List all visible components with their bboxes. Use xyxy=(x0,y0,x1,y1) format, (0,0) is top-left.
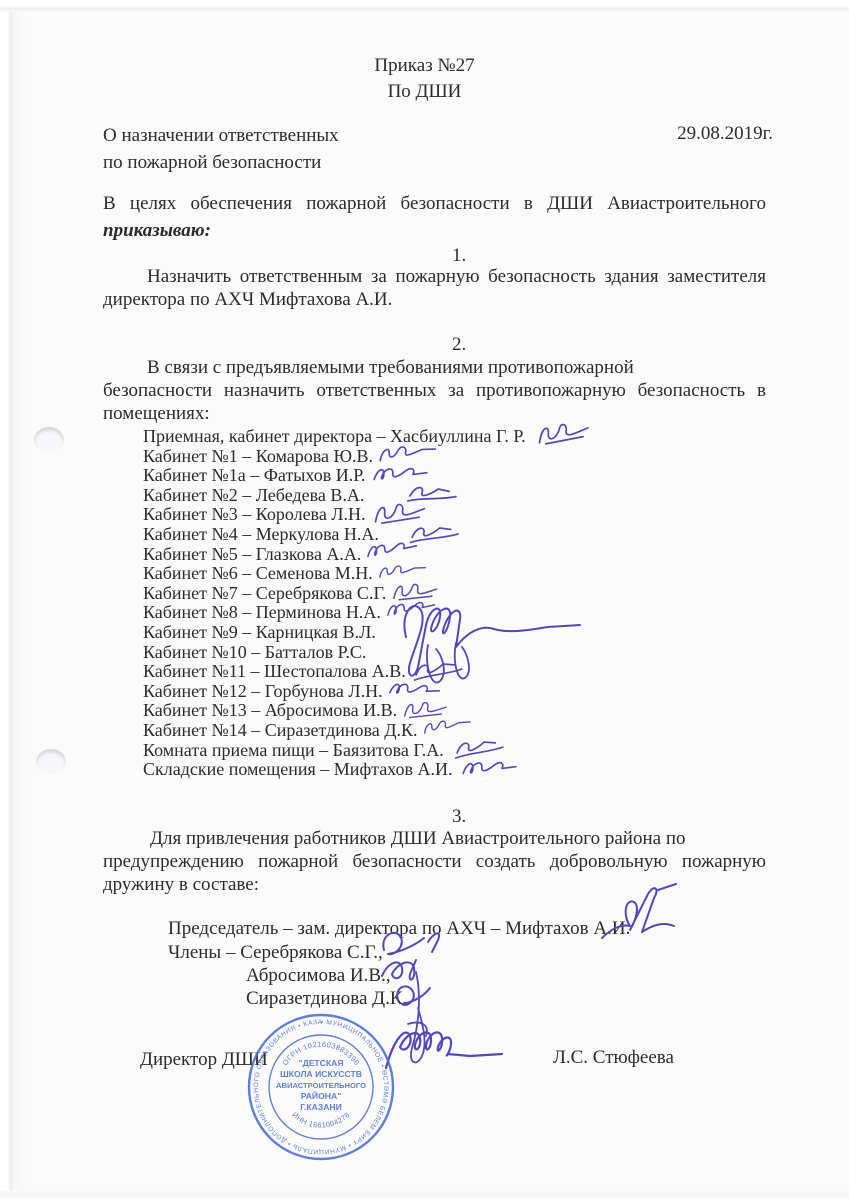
paper-edge-left xyxy=(0,0,30,1200)
assignment-text: Складские помещения – Мифтахов А.И. xyxy=(143,760,453,780)
stamp-center-line4: РАЙОНА" xyxy=(301,1090,342,1101)
assignment-text: Комната приема пищи – Баязитова Г.А. xyxy=(143,741,444,761)
chairman-signature-icon xyxy=(598,880,708,955)
assignment-text: Кабинет №8 – Перминова Н.А. xyxy=(143,603,381,623)
assignment-text: Кабинет №11 – Шестопалова А.В. xyxy=(143,662,406,682)
section1-line1: Назначить ответственным за пожарную безо… xyxy=(103,265,766,288)
section2-line2: безопасности назначить ответственных за … xyxy=(103,379,766,402)
signature-scribble-icon xyxy=(457,756,524,779)
doc-title-line2: По ДШИ xyxy=(0,80,849,103)
assignment-text: Кабинет №2 – Лебедева В.А. xyxy=(143,486,364,506)
decree-word: приказываю: xyxy=(103,219,211,242)
assignment-text: Кабинет №6 – Семенова М.Н. xyxy=(143,564,373,584)
section2-line3: помещениях: xyxy=(103,402,210,425)
section2-line1: В связи с предъявляемыми требованиями пр… xyxy=(103,356,634,379)
paper-edge-top xyxy=(0,0,849,12)
official-round-stamp: • МУНИЦИПАЛЬНОЕ • ӨСТӘМӘ БЕЛЕМ БИРҮ • МУ… xyxy=(243,1008,399,1166)
brigade-member2: Абросимова И.В., xyxy=(246,964,391,987)
intro-line: В целях обеспечения пожарной безопасност… xyxy=(103,192,766,215)
large-signature-scribble-icon xyxy=(398,585,598,705)
hole-punch-bottom xyxy=(36,749,66,775)
assignment-row: Кабинет №14 – Сиразетдинова Д.К. xyxy=(143,721,703,741)
scanned-order-document: Приказ №27 По ДШИ О назначении ответстве… xyxy=(0,0,849,1200)
section2-number: 2. xyxy=(452,333,466,356)
assignment-text: Кабинет №10 – Батталов Р.С. xyxy=(143,643,366,663)
doc-subject-line1: О назначении ответственных xyxy=(103,124,339,147)
signature-scribble-icon xyxy=(376,558,426,583)
stamp-center-line2: ШКОЛА ИСКУССТВ xyxy=(280,1069,362,1079)
paper-edge-bottom xyxy=(0,1190,849,1200)
assignment-text: Кабинет №9 – Карницкая В.Л. xyxy=(143,623,376,643)
assignment-text: Кабинет №7 – Серебрякова С.Г. xyxy=(143,584,386,604)
assignment-row: Кабинет №4 – Меркулова Н.А. xyxy=(143,525,703,545)
doc-title-line1: Приказ №27 xyxy=(0,54,849,77)
assignment-text: Кабинет №1а – Фатыхов И.Р. xyxy=(143,466,365,486)
assignment-text: Приемная, кабинет директора – Хасбиуллин… xyxy=(143,427,526,447)
section3-line1: Для привлечения работников ДШИ Авиастрои… xyxy=(103,827,686,850)
assignment-text: Кабинет №13 – Абросимова И.В. xyxy=(143,701,397,721)
svg-text:ИНН 1661004278: ИНН 1661004278 xyxy=(290,1110,351,1130)
hole-punch-top xyxy=(34,427,64,453)
assignment-text: Кабинет №5 – Глазкова А.А. xyxy=(143,545,361,565)
assignment-text: Кабинет №3 – Королева Л.Н. xyxy=(143,505,366,525)
stamp-center-line1: "ДЕТСКАЯ xyxy=(298,1058,343,1068)
section1-number: 1. xyxy=(452,244,466,267)
section3-line3: дружину в составе: xyxy=(103,873,259,896)
director-name: Л.С. Стюфеева xyxy=(553,1046,674,1069)
assignment-row: Комната приема пищи – Баязитова Г.А. xyxy=(143,741,703,761)
stamp-center-line3: АВИАСТРОИТЕЛЬНОГО xyxy=(276,1081,366,1090)
stamp-inn-text: ИНН 1661004278 xyxy=(290,1110,351,1130)
director-signature-icon xyxy=(378,1012,538,1087)
assignment-text: Кабинет №1 – Комарова Ю.В. xyxy=(143,447,373,467)
assignment-text: Кабинет №12 – Горбунова Л.Н. xyxy=(143,682,383,702)
section1-line2: директора по АХЧ Мифтахова А.И. xyxy=(103,288,392,311)
doc-subject-line2: по пожарной безопасности xyxy=(103,151,321,174)
assignment-row: Складские помещения – Мифтахов А.И. xyxy=(143,760,703,780)
assignment-text: Кабинет №4 – Меркулова Н.А. xyxy=(143,525,379,545)
doc-date: 29.08.2019г. xyxy=(677,122,773,145)
stamp-center-line5: Г.КАЗАНИ xyxy=(300,1102,342,1112)
section3-number: 3. xyxy=(452,805,466,828)
signature-scribble-icon xyxy=(529,417,601,447)
assignment-text: Кабинет №14 – Сиразетдинова Д.К. xyxy=(143,721,418,741)
brigade-members-first: Члены – Серебрякова С.Г., xyxy=(168,941,383,964)
section3-line2: предупреждению пожарной безопасности соз… xyxy=(103,850,766,873)
assignment-row: Кабинет №3 – Королева Л.Н. xyxy=(143,505,703,525)
